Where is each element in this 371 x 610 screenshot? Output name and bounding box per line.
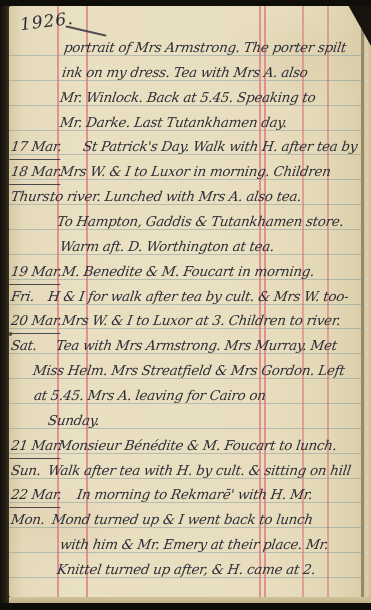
entry-text: Mond turned up & I went back to lunch	[50, 508, 314, 532]
entry-text: Monsieur Bénédite & M. Foucart to lunch.	[56, 434, 338, 458]
entry-date-label: Mon.	[9, 508, 46, 532]
entry-text: H & I for walk after tea by cult. & Mrs …	[46, 285, 350, 309]
entry-text: M. Benedite & M. Foucart in morning.	[60, 260, 316, 284]
diary-page-photo: 1926. portrait of Mrs Armstrong. The por…	[0, 0, 371, 610]
page-binding-shadow	[0, 0, 9, 610]
ink-speck	[9, 332, 12, 336]
entry-text: Knittel turned up after, & H. came at 2.	[55, 558, 317, 582]
entry-text: Warm aft. D. Worthington at tea.	[58, 235, 275, 259]
diary-rows: portrait of Mrs Armstrong. The porter sp…	[9, 6, 361, 597]
entry-text: portrait of Mrs Armstrong. The porter sp…	[62, 36, 347, 60]
entry-text: with him & Mr. Emery at their place. Mr.	[58, 533, 330, 557]
entry-date-label: 21 Mar.	[9, 434, 63, 459]
page-stack-edge-right	[364, 22, 371, 600]
entry-text: Mr. Winlock. Back at 5.45. Speaking to	[58, 86, 317, 110]
entry-text: St Patrick's Day. Walk with H. after tea…	[81, 135, 361, 159]
entry-text: To Hampton, Gaddis & Tutankhamen store.	[55, 210, 345, 234]
entry-date-label: Sun.	[9, 459, 42, 483]
entry-date-label: Fri.	[9, 285, 36, 309]
entry-text: Sunday.	[46, 409, 101, 433]
entry-date-label: 22 Mar.	[9, 483, 63, 508]
entry-date-label: 20 Mar.	[9, 309, 63, 334]
photo-border-bottom	[0, 603, 371, 610]
entry-text: Mr. Darke. Last Tutankhamen day.	[58, 111, 288, 135]
entry-text: Miss Helm. Mrs Streatfield & Mrs Gordon.…	[31, 359, 346, 383]
entry-text: Tea with Mrs Armstrong. Mrs Murray. Met	[54, 334, 338, 358]
entry-date-label: 18 Mar.	[9, 160, 63, 185]
entry-text: In morning to Rekmarē' with H. Mr.	[75, 483, 314, 507]
entry-text: Walk after tea with H. by cult. & sittin…	[46, 459, 352, 483]
entry-text: at 5.45. Mrs A. leaving for Cairo on	[32, 384, 267, 408]
entry-date-label: Sat.	[9, 334, 38, 358]
entry-text: ink on my dress. Tea with Mrs A. also	[60, 61, 309, 85]
entry-text: to river. Lunched with Mrs A. also tea.	[48, 185, 303, 209]
entry-text: Mrs W. & I to Luxor in morning. Children	[58, 160, 332, 184]
entry-text: Mrs W. & I to Luxor at 3. Children to ri…	[60, 309, 342, 333]
entry-date-label: 19 Mar.	[9, 260, 63, 285]
entry-date-label: 17 Mar.	[9, 135, 63, 160]
notebook-page: 1926. portrait of Mrs Armstrong. The por…	[9, 6, 361, 597]
photo-border-top	[0, 0, 371, 6]
